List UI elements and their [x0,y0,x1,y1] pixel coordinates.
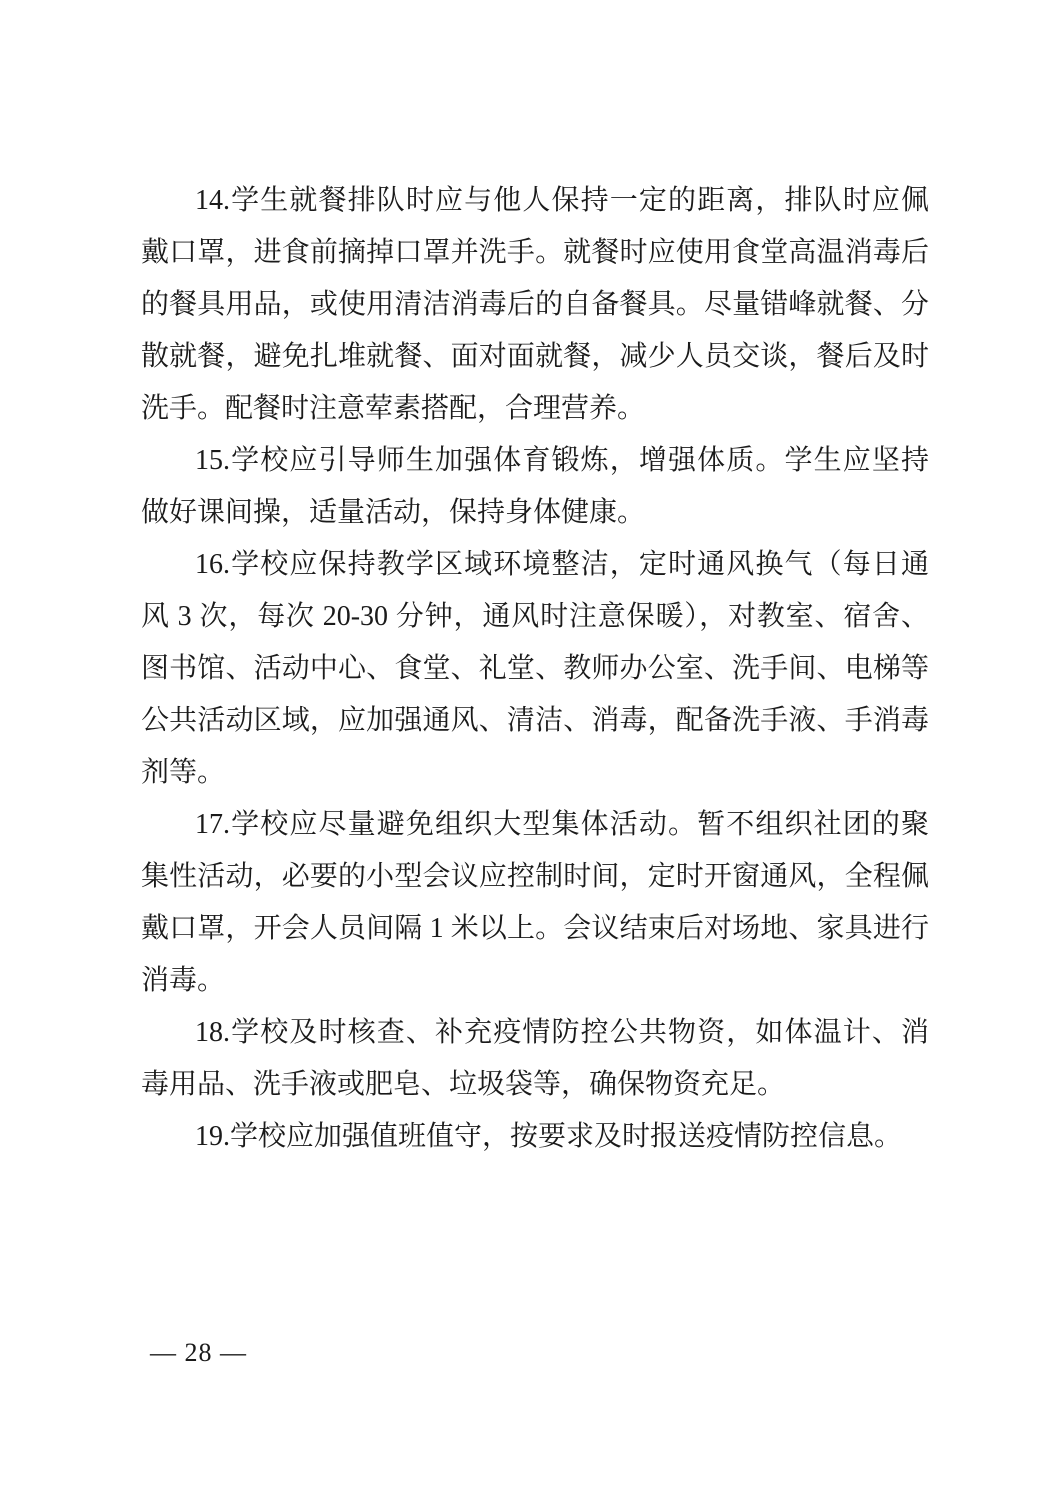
text-line: 17.学校应尽量避免组织大型集体活动。暂不组织社团的聚 [141,799,929,851]
paragraph-item-17: 17.学校应尽量避免组织大型集体活动。暂不组织社团的聚集性活动，必要的小型会议应… [141,799,929,1007]
text-line: 14.学生就餐排队时应与他人保持一定的距离，排队时应佩 [141,175,929,227]
text-line: 毒用品、洗手液或肥皂、垃圾袋等，确保物资充足。 [141,1059,929,1111]
text-line: 18.学校及时核查、补充疫情防控公共物资，如体温计、消 [141,1007,929,1059]
paragraph-item-18: 18.学校及时核查、补充疫情防控公共物资，如体温计、消毒用品、洗手液或肥皂、垃圾… [141,1007,929,1111]
document-page: 14.学生就餐排队时应与他人保持一定的距离，排队时应佩戴口罩，进食前摘掉口罩并洗… [0,0,1060,1500]
text-line: 戴口罩，进食前摘掉口罩并洗手。就餐时应使用食堂高温消毒后 [141,227,929,279]
paragraph-item-19: 19.学校应加强值班值守，按要求及时报送疫情防控信息。 [141,1111,929,1163]
text-line: 集性活动，必要的小型会议应控制时间，定时开窗通风，全程佩 [141,851,929,903]
text-line: 风 3 次，每次 20-30 分钟，通风时注意保暖），对教室、宿舍、 [141,591,929,643]
text-line: 的餐具用品，或使用清洁消毒后的自备餐具。尽量错峰就餐、分 [141,279,929,331]
text-line: 剂等。 [141,747,929,799]
text-line: 19.学校应加强值班值守，按要求及时报送疫情防控信息。 [141,1111,929,1163]
document-body: 14.学生就餐排队时应与他人保持一定的距离，排队时应佩戴口罩，进食前摘掉口罩并洗… [141,175,929,1163]
text-line: 洗手。配餐时注意荤素搭配，合理营养。 [141,383,929,435]
text-line: 戴口罩，开会人员间隔 1 米以上。会议结束后对场地、家具进行 [141,903,929,955]
text-line: 消毒。 [141,955,929,1007]
paragraph-item-14: 14.学生就餐排队时应与他人保持一定的距离，排队时应佩戴口罩，进食前摘掉口罩并洗… [141,175,929,435]
text-line: 公共活动区域，应加强通风、清洁、消毒，配备洗手液、手消毒 [141,695,929,747]
text-line: 散就餐，避免扎堆就餐、面对面就餐，减少人员交谈，餐后及时 [141,331,929,383]
paragraph-item-15: 15.学校应引导师生加强体育锻炼，增强体质。学生应坚持做好课间操，适量活动，保持… [141,435,929,539]
text-line: 15.学校应引导师生加强体育锻炼，增强体质。学生应坚持 [141,435,929,487]
page-number: — 28 — [150,1338,247,1368]
paragraph-item-16: 16.学校应保持教学区域环境整洁，定时通风换气（每日通风 3 次，每次 20-3… [141,539,929,799]
text-line: 图书馆、活动中心、食堂、礼堂、教师办公室、洗手间、电梯等 [141,643,929,695]
text-line: 做好课间操，适量活动，保持身体健康。 [141,487,929,539]
text-line: 16.学校应保持教学区域环境整洁，定时通风换气（每日通 [141,539,929,591]
